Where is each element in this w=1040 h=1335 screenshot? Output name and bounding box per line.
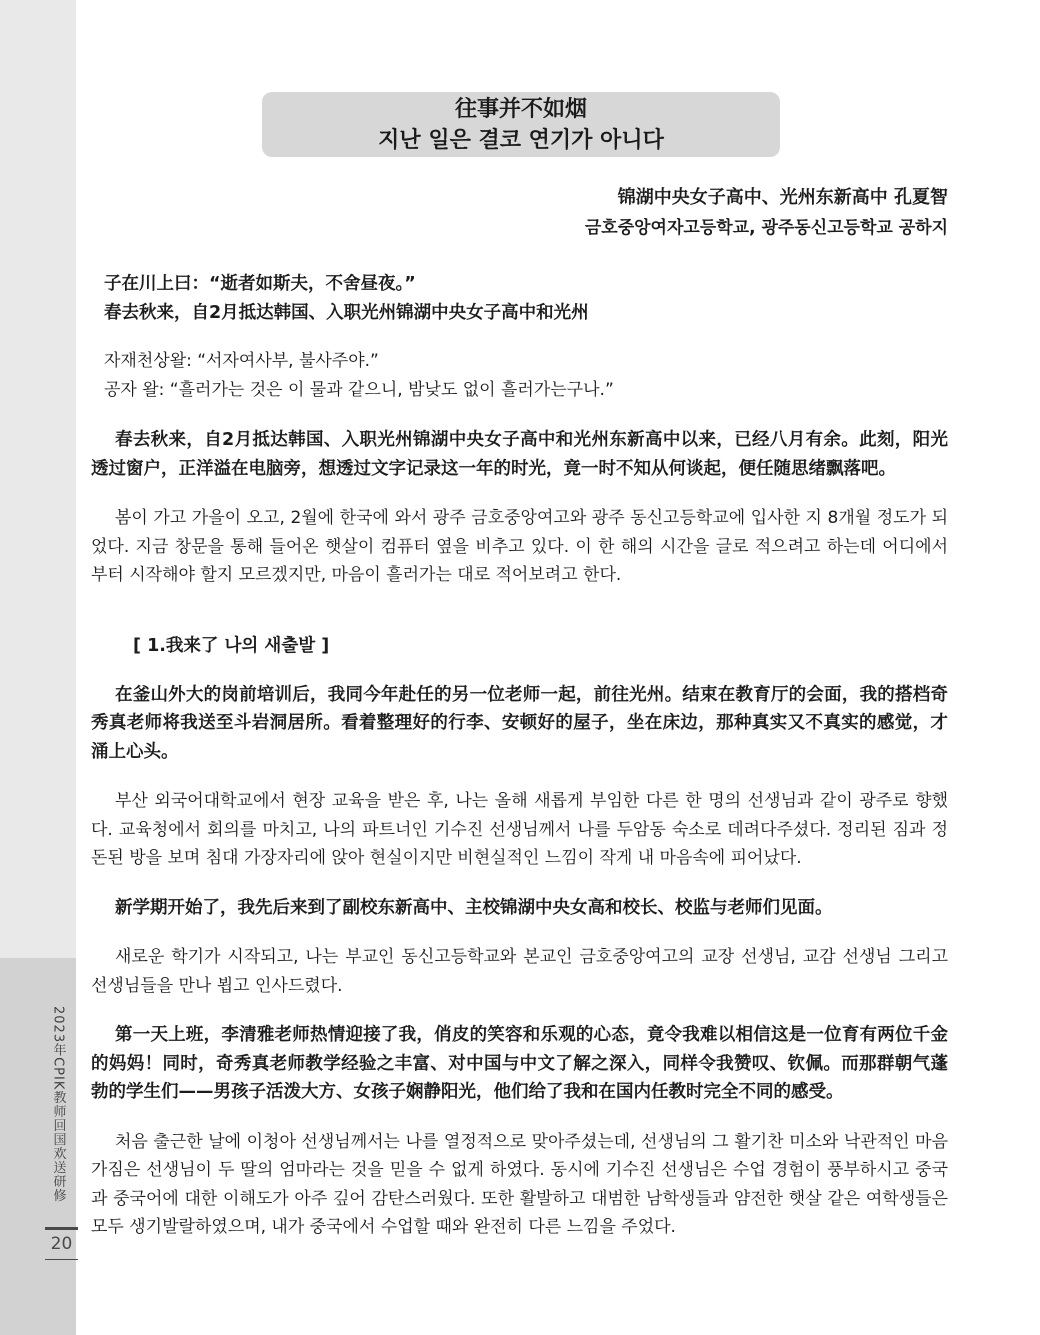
paragraph-zh-semester: 新学期开始了，我先后来到了副校东新高中、主校锦湖中央女高和校长、校监与老师们见面… <box>91 894 948 923</box>
byline: 锦湖中央女子高中、光州东新高中 孔夏智 금호중앙여자고등학교, 광주동신고등학교… <box>91 183 948 243</box>
epigraph-gap <box>104 328 948 347</box>
byline-zh: 锦湖中央女子高中、光州东新高中 孔夏智 <box>91 183 948 213</box>
page-number: 20 <box>45 1227 78 1260</box>
byline-ko: 금호중앙여자고등학교, 광주동신고등학교 공하지 <box>91 213 948 243</box>
epigraph-zh-line1: 子在川上曰：“逝者如斯夫，不舍昼夜。” <box>104 270 948 299</box>
sidebar-vertical-title: 2023年CPIK教师回国欢送研修 <box>44 1006 72 1202</box>
article: 往事并不如烟 지난 일은 결코 연기가 아니다 锦湖中央女子高中、光州东新高中 … <box>91 0 948 1242</box>
article-title-box: 往事并不如烟 지난 일은 결코 연기가 아니다 <box>262 92 780 157</box>
paragraph-ko-intro: 봄이 가고 가을이 오고, 2월에 한국에 와서 광주 금호중앙여고와 광주 동… <box>91 504 948 590</box>
epigraph-zh-line2: 春去秋来，自2月抵达韩国、入职光州锦湖中央女子高中和光州 <box>104 299 948 328</box>
paragraph-zh-firstday: 第一天上班，李清雅老师热情迎接了我，俏皮的笑容和乐观的心态，竟令我难以相信这是一… <box>91 1021 948 1107</box>
article-title-ko: 지난 일은 결코 연기가 아니다 <box>378 126 664 155</box>
epigraph-ko-line1: 자재천상왈: “서자여사부, 불사주야.” <box>104 347 948 376</box>
paragraph-ko-firstday: 처음 출근한 날에 이청아 선생님께서는 나를 열정적으로 맞아주셨는데, 선생… <box>91 1128 948 1242</box>
epigraph: 子在川上曰：“逝者如斯夫，不舍昼夜。” 春去秋来，自2月抵达韩国、入职光州锦湖中… <box>91 270 948 405</box>
sidebar-vertical-title-text: 2023年CPIK教师回国欢送研修 <box>49 1006 68 1202</box>
paragraph-ko-arrival: 부산 외국어대학교에서 현장 교육을 받은 후, 나는 올해 새롭게 부임한 다… <box>91 787 948 873</box>
sidebar-band-top <box>0 0 76 958</box>
document-page: 2023年CPIK教师回国欢送研修 20 往事并不如烟 지난 일은 결코 연기가… <box>0 0 1040 1335</box>
paragraph-zh-intro: 春去秋来，自2月抵达韩国、入职光州锦湖中央女子高中和光州东新高中以来，已经八月有… <box>91 426 948 483</box>
section-heading: [ 1.我来了 나의 새출발 ] <box>91 632 948 660</box>
article-title-zh: 往事并不如烟 <box>455 95 587 124</box>
paragraph-ko-semester: 새로운 학기가 시작되고, 나는 부교인 동신고등학교와 본교인 금호중앙여고의… <box>91 943 948 1000</box>
paragraph-zh-arrival: 在釜山外大的岗前培训后，我同今年赴任的另一位老师一起，前往光州。结束在教育厅的会… <box>91 681 948 767</box>
epigraph-ko-line2: 공자 왈: “흘러가는 것은 이 물과 같으니, 밤낮도 없이 흘러가는구나.” <box>104 376 948 405</box>
